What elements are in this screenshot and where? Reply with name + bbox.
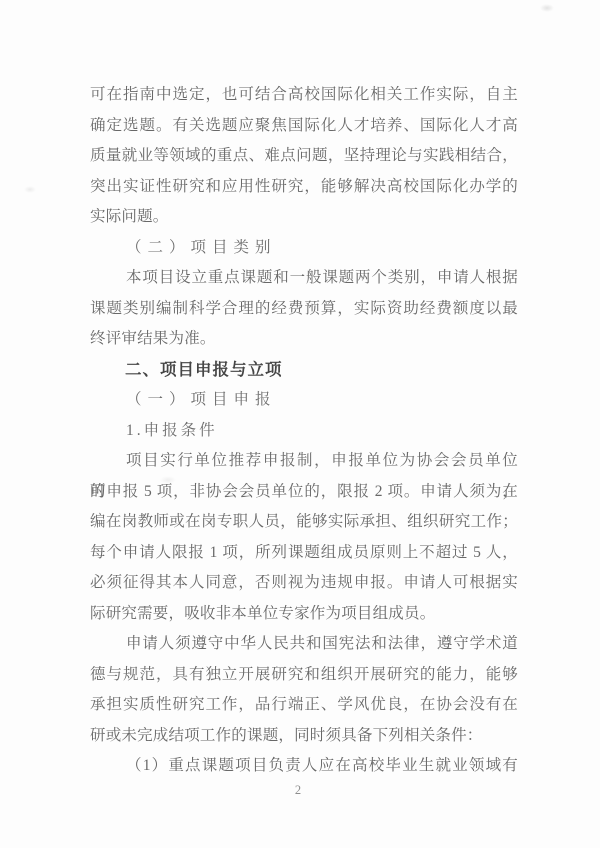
text-line: 可在指南中选定，也可结合高校国际化相关工作实际，自主 bbox=[90, 80, 518, 111]
scan-artifact bbox=[540, 4, 554, 12]
text-line: 课题类别编制科学合理的经费预算，实际资助经费额度以最 bbox=[90, 294, 518, 325]
text-line: 际研究需要，吸收非本单位专家作为项目组成员。 bbox=[90, 599, 518, 630]
text-line: 终评审结果为准。 bbox=[90, 324, 518, 355]
page-number: 2 bbox=[0, 783, 596, 798]
text-line: 编在岗教师或在岗专职人员，能够实际承担、组织研究工作； bbox=[90, 507, 518, 538]
text-line: （1）重点课题项目负责人应在高校毕业生就业领域有 bbox=[90, 751, 518, 782]
text-line: 质量就业等领域的重点、难点问题，坚持理论与实践相结合， bbox=[90, 141, 518, 172]
text-line: 研或未完成结项工作的课题，同时须具备下列相关条件： bbox=[90, 721, 518, 752]
text-line: 每个申请人限报 1 项，所列课题组成员原则上不超过 5 人， bbox=[90, 538, 518, 569]
scan-artifact bbox=[24, 186, 36, 193]
text-line: 突出实证性研究和应用性研究，能够解决高校国际化办学的 bbox=[90, 172, 518, 203]
scanned-document-page: 可在指南中选定，也可结合高校国际化相关工作实际，自主确定选题。有关选题应聚焦国际… bbox=[0, 0, 600, 848]
text-line: 申请人须遵守中华人民共和国宪法和法律，遵守学术道 bbox=[90, 629, 518, 660]
text-line: 实际问题。 bbox=[90, 202, 518, 233]
text-line: （二）项目类别 bbox=[90, 233, 518, 264]
text-line: 可申报 5 项，非协会会员单位的，限报 2 项。申请人须为在 bbox=[90, 477, 518, 508]
document-text-block: 可在指南中选定，也可结合高校国际化相关工作实际，自主确定选题。有关选题应聚焦国际… bbox=[90, 80, 518, 782]
text-line: 德与规范，具有独立开展研究和组织开展研究的能力，能够 bbox=[90, 660, 518, 691]
text-line: 必须征得其本人同意，否则视为违规申报。申请人可根据实 bbox=[90, 568, 518, 599]
text-line: （一）项目申报 bbox=[90, 385, 518, 416]
text-line: 1.申报条件 bbox=[90, 416, 518, 447]
text-line: 确定选题。有关选题应聚焦国际化人才培养、国际化人才高 bbox=[90, 111, 518, 142]
text-line: 二、项目申报与立项 bbox=[90, 355, 518, 386]
text-line: 项目实行单位推荐申报制，申报单位为协会会员单位的， bbox=[90, 446, 518, 477]
text-line: 本项目设立重点课题和一般课题两个类别，申请人根据 bbox=[90, 263, 518, 294]
text-line: 承担实质性研究工作，品行端正、学风优良，在协会没有在 bbox=[90, 690, 518, 721]
